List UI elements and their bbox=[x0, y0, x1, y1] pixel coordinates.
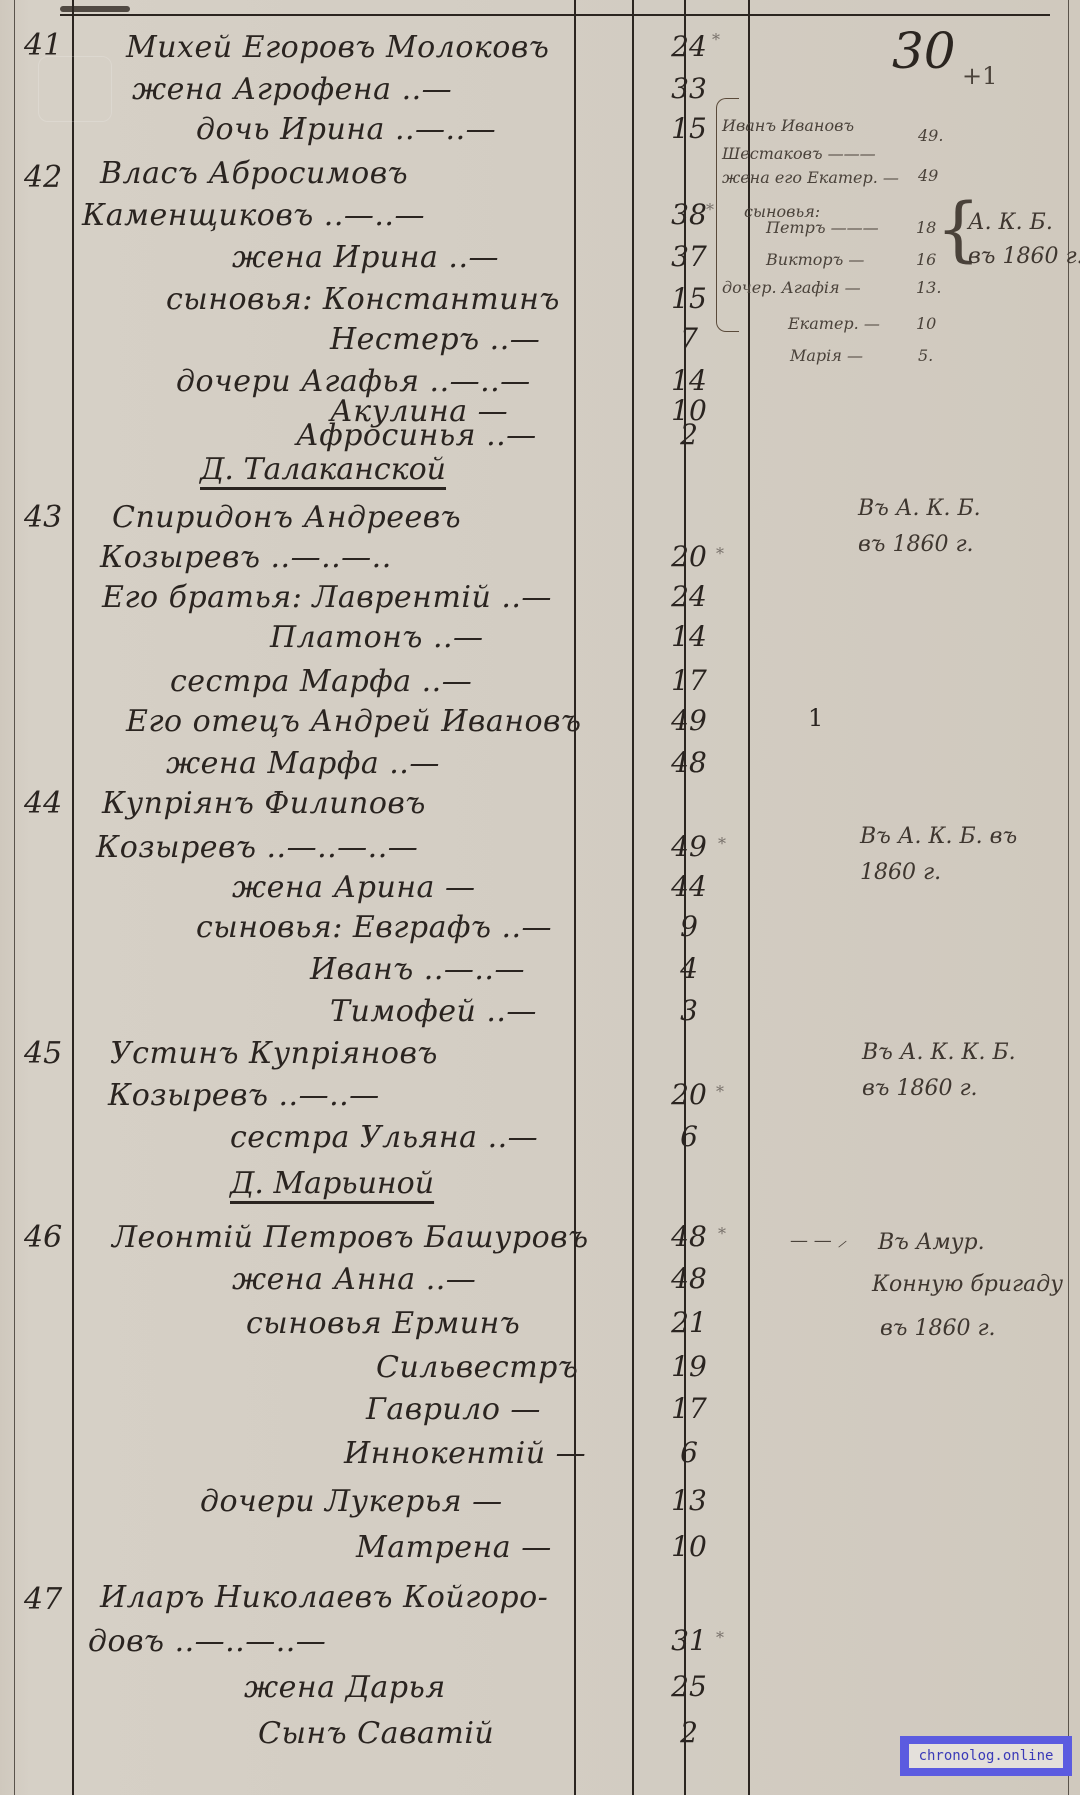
entry-line: Его отецъ Андрей Ивановъ bbox=[126, 704, 581, 739]
entry-number: 45 bbox=[24, 1036, 62, 1071]
age: 44 bbox=[664, 870, 714, 903]
remark-line: въ 1860 г. bbox=[858, 528, 974, 561]
age: 17 bbox=[664, 1392, 714, 1425]
side-note-age: 10 bbox=[916, 314, 936, 333]
age: 9 bbox=[664, 910, 714, 943]
watermark-text: chronolog.online bbox=[909, 1744, 1064, 1768]
entry-line: сыновья Ерминъ bbox=[246, 1306, 520, 1341]
revision-mark: * bbox=[718, 834, 726, 853]
col3-value: 1 bbox=[808, 704, 823, 732]
dash-mark: — — ⸝ bbox=[790, 1228, 846, 1252]
age: 14 bbox=[664, 620, 714, 653]
age: 13 bbox=[664, 1484, 714, 1517]
entry-line: Козыревъ ..—..—.. bbox=[100, 540, 392, 575]
entry-line: Купріянъ Филиповъ bbox=[102, 786, 426, 821]
entry-line: Иларъ Николаевъ Койгоро- bbox=[100, 1580, 548, 1615]
side-note-age: 49. bbox=[918, 126, 943, 145]
margin-rule bbox=[14, 0, 15, 1795]
side-note-line: Марія — bbox=[790, 346, 863, 365]
entry-line: сестра Ульяна ..— bbox=[230, 1120, 538, 1155]
entry-line: Каменщиковъ ..—..— bbox=[82, 198, 425, 233]
age: 17 bbox=[664, 664, 714, 697]
ink-smudge bbox=[60, 6, 130, 12]
side-note-line: жена его Екатер. — bbox=[722, 168, 899, 187]
entry-line: Иванъ ..—..— bbox=[310, 952, 525, 987]
embossed-stamp bbox=[38, 56, 112, 122]
side-note-line: Екатер. — bbox=[788, 314, 880, 333]
entry-number: 44 bbox=[24, 786, 62, 821]
number-column-rule bbox=[72, 0, 74, 1795]
entry-number: 43 bbox=[24, 500, 62, 535]
age: 31 bbox=[664, 1624, 714, 1657]
remark-line: Конную бригаду bbox=[872, 1268, 1063, 1301]
age: 15 bbox=[664, 112, 714, 145]
age: 4 bbox=[664, 952, 714, 985]
entry-line: Устинъ Купріяновъ bbox=[110, 1036, 438, 1071]
entry-line: Леонтій Петровъ Башуровъ bbox=[112, 1220, 589, 1255]
side-note-line: Шестаковъ ——— bbox=[722, 144, 876, 163]
age: 24 bbox=[664, 30, 714, 63]
entry-number: 47 bbox=[24, 1582, 62, 1617]
entry-line: Козыревъ ..—..— bbox=[108, 1078, 380, 1113]
revision-mark: * bbox=[716, 544, 724, 563]
top-rule bbox=[60, 14, 1050, 16]
entry-line: сыновья: Евграфъ ..— bbox=[196, 910, 552, 945]
entry-line: жена Дарья bbox=[244, 1670, 446, 1705]
entry-line: Тимофей ..— bbox=[330, 994, 537, 1029]
age: 19 bbox=[664, 1350, 714, 1383]
side-note-line: Иванъ Ивановъ bbox=[722, 116, 854, 135]
entry-line: Сильвестръ bbox=[376, 1350, 578, 1385]
entry-line: Гаврило — bbox=[366, 1392, 541, 1427]
entry-line: жена Анна ..— bbox=[232, 1262, 476, 1297]
entry-line: жена Агрофена ..— bbox=[132, 72, 452, 107]
remark-line: Въ А. К. К. Б. bbox=[862, 1036, 1016, 1069]
entry-line: дочери Лукерья — bbox=[200, 1484, 503, 1519]
entry-line: Матрена — bbox=[356, 1530, 552, 1565]
age: 48 bbox=[664, 1262, 714, 1295]
age: 3 bbox=[664, 994, 714, 1027]
revision-mark: * bbox=[716, 1082, 724, 1101]
side-note-line: Викторъ — bbox=[766, 250, 864, 269]
age: 6 bbox=[664, 1436, 714, 1469]
age: 21 bbox=[664, 1306, 714, 1339]
side-note-line: дочер. Агафія — bbox=[722, 278, 861, 297]
remark-line: Въ А. К. Б. въ bbox=[860, 820, 1017, 853]
name-age-rule bbox=[574, 0, 576, 1795]
entry-line: Афросинья ..— bbox=[296, 418, 537, 453]
remark-line: въ 1860 г. bbox=[880, 1312, 996, 1345]
entry-line: жена Арина — bbox=[232, 870, 475, 905]
entry-line: Козыревъ ..—..—..— bbox=[96, 830, 418, 865]
revision-mark: * bbox=[716, 1628, 724, 1647]
entry-line: Нестеръ ..— bbox=[330, 322, 540, 357]
page-number: 30 bbox=[892, 22, 956, 80]
side-note-age: 49 bbox=[918, 166, 938, 185]
village-heading: Д. Талаканской bbox=[200, 452, 446, 487]
document-page: 30 +1 41 Михей Егоровъ Молоковъ 24 * жен… bbox=[0, 0, 1080, 1795]
age: 48 bbox=[664, 1220, 714, 1253]
entry-line: Спиридонъ Андреевъ bbox=[112, 500, 461, 535]
age: 24 bbox=[664, 580, 714, 613]
age: 2 bbox=[664, 418, 714, 451]
side-note-age: 18 bbox=[916, 218, 936, 237]
entry-line: сыновья: Константинъ bbox=[166, 282, 560, 317]
entry-line: Платонъ ..— bbox=[270, 620, 484, 655]
side-note-line: Петръ ——— bbox=[766, 218, 879, 237]
village-heading: Д. Марьиной bbox=[230, 1166, 434, 1201]
remark-line: 1860 г. bbox=[860, 856, 941, 889]
age: 15 bbox=[664, 282, 714, 315]
page-number-mark: +1 bbox=[962, 62, 997, 90]
age: 10 bbox=[664, 1530, 714, 1563]
side-note-age: 13. bbox=[916, 278, 941, 297]
remark-line: А. К. Б. bbox=[968, 206, 1053, 239]
revision-mark: * bbox=[712, 30, 720, 49]
age: 48 bbox=[664, 746, 714, 779]
age: 20 bbox=[664, 540, 714, 573]
remark-line: въ 1860 г. bbox=[968, 240, 1080, 273]
age: 37 bbox=[664, 240, 714, 273]
age: 25 bbox=[664, 1670, 714, 1703]
entry-number: 41 bbox=[24, 28, 62, 63]
side-note-age: 5. bbox=[918, 346, 933, 365]
revision-mark: * bbox=[706, 200, 714, 219]
entry-line: дочь Ирина ..—..— bbox=[196, 112, 496, 147]
remark-line: Въ Амур. bbox=[878, 1226, 985, 1259]
age: 2 bbox=[664, 1716, 714, 1749]
revision-mark: * bbox=[718, 1224, 726, 1243]
entry-line: Его братья: Лаврентій ..— bbox=[102, 580, 552, 615]
age: 14 bbox=[664, 364, 714, 397]
col3-remarks-rule bbox=[748, 0, 750, 1795]
remark-line: Въ А. К. Б. bbox=[858, 492, 981, 525]
entry-number: 46 bbox=[24, 1220, 62, 1255]
remark-line: въ 1860 г. bbox=[862, 1072, 978, 1105]
watermark-badge: chronolog.online bbox=[900, 1736, 1072, 1776]
entry-line: жена Марфа ..— bbox=[166, 746, 440, 781]
age: 49 bbox=[664, 704, 714, 737]
age: 33 bbox=[664, 72, 714, 105]
entry-number: 42 bbox=[24, 160, 62, 195]
age: 6 bbox=[664, 1120, 714, 1153]
age: 20 bbox=[664, 1078, 714, 1111]
entry-line: Власъ Абросимовъ bbox=[100, 156, 408, 191]
age: 7 bbox=[664, 322, 714, 355]
entry-line: Михей Егоровъ Молоковъ bbox=[126, 30, 549, 65]
entry-line: сестра Марфа ..— bbox=[170, 664, 472, 699]
age: 49 bbox=[664, 830, 714, 863]
entry-line: Сынъ Саватій bbox=[258, 1716, 494, 1751]
entry-line: Иннокентій — bbox=[344, 1436, 586, 1471]
entry-line: жена Ирина ..— bbox=[232, 240, 499, 275]
entry-line: довъ ..—..—..— bbox=[88, 1624, 326, 1659]
side-note-age: 16 bbox=[916, 250, 936, 269]
age-col2-rule bbox=[632, 0, 634, 1795]
